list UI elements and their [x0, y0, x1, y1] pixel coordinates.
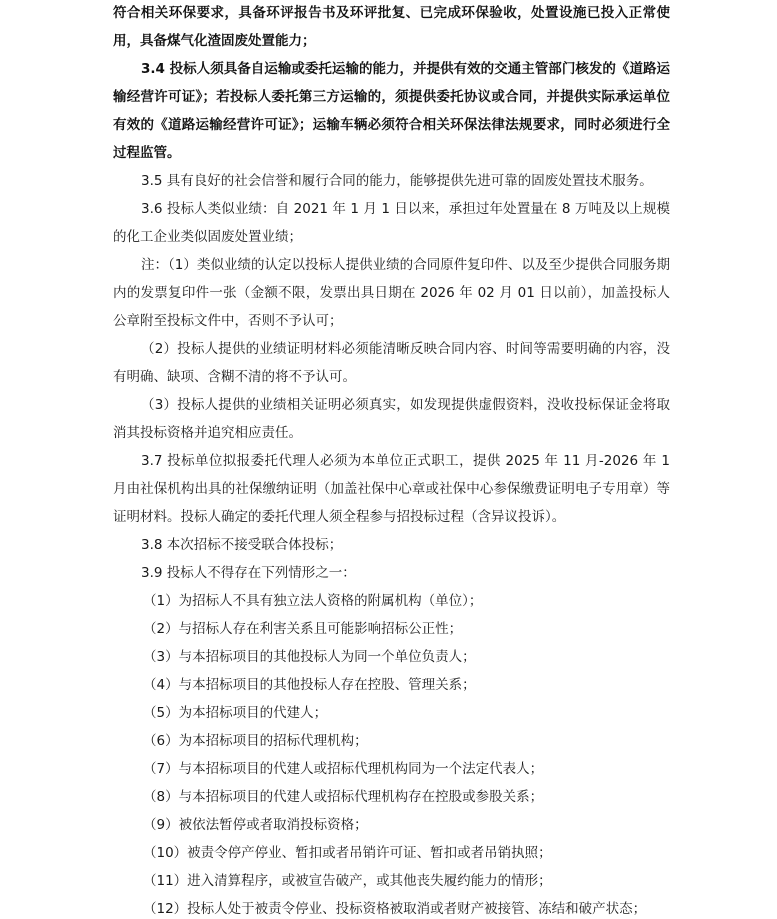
list-item: （5）为本招标项目的代建人；	[113, 699, 670, 727]
paragraph-environmental-requirements: 符合相关环保要求，具备环评报告书及环评批复、已完成环保验收，处置设施已投入正常使…	[113, 0, 670, 55]
paragraph-3-4-transport: 3.4 投标人须具备自运输或委托运输的能力，并提供有效的交通主管部门核发的《道路…	[113, 55, 670, 167]
list-item: （7）与本招标项目的代建人或招标代理机构同为一个法定代表人；	[113, 755, 670, 783]
paragraph-3-7-agent: 3.7 投标单位拟报委托代理人必须为本单位正式职工，提供 2025 年 11 月…	[113, 447, 670, 531]
paragraph-3-5-reputation: 3.5 具有良好的社会信誉和履行合同的能力，能够提供先进可靠的固废处置技术服务。	[113, 167, 670, 195]
list-item: （10）被责令停产停业、暂扣或者吊销许可证、暂扣或者吊销执照；	[113, 839, 670, 867]
list-item: （2）与招标人存在利害关系且可能影响招标公正性；	[113, 615, 670, 643]
paragraph-note-3: （3）投标人提供的业绩相关证明必须真实，如发现提供虚假资料，没收投标保证金将取消…	[113, 391, 670, 447]
paragraph-3-9-exclusions-intro: 3.9 投标人不得存在下列情形之一：	[113, 559, 670, 587]
paragraph-note-1: 注：（1）类似业绩的认定以投标人提供业绩的合同原件复印件、以及至少提供合同服务期…	[113, 251, 670, 335]
exclusion-list: （1）为招标人不具有独立法人资格的附属机构（单位）； （2）与招标人存在利害关系…	[113, 587, 670, 919]
list-item: （6）为本招标项目的招标代理机构；	[113, 727, 670, 755]
list-item: （8）与本招标项目的代建人或招标代理机构存在控股或参股关系；	[113, 783, 670, 811]
document-page: 符合相关环保要求，具备环评报告书及环评批复、已完成环保验收，处置设施已投入正常使…	[113, 0, 670, 919]
list-item: （9）被依法暂停或者取消投标资格；	[113, 811, 670, 839]
list-item: （11）进入清算程序，或被宣告破产，或其他丧失履约能力的情形；	[113, 867, 670, 895]
list-item: （3）与本招标项目的其他投标人为同一个单位负责人；	[113, 643, 670, 671]
list-item: （12）投标人处于被责令停业、投标资格被取消或者财产被接管、冻结和破产状态；	[113, 895, 670, 919]
paragraph-note-2: （2）投标人提供的业绩证明材料必须能清晰反映合同内容、时间等需要明确的内容，没有…	[113, 335, 670, 391]
list-item: （4）与本招标项目的其他投标人存在控股、管理关系；	[113, 671, 670, 699]
paragraph-3-8-consortium: 3.8 本次招标不接受联合体投标；	[113, 531, 670, 559]
list-item: （1）为招标人不具有独立法人资格的附属机构（单位）；	[113, 587, 670, 615]
paragraph-3-6-performance: 3.6 投标人类似业绩：自 2021 年 1 月 1 日以来，承担过年处置量在 …	[113, 195, 670, 251]
